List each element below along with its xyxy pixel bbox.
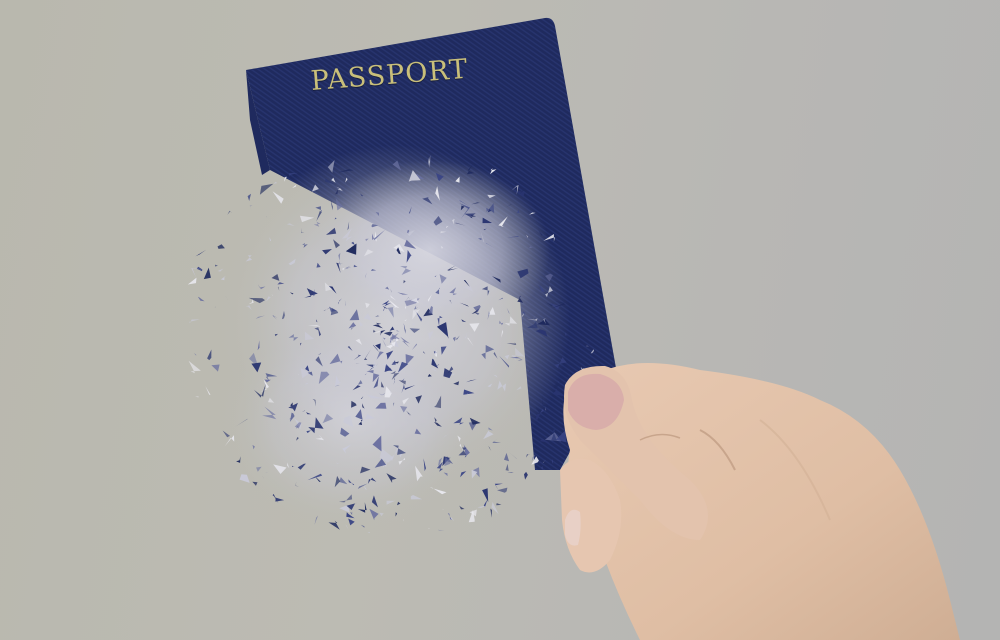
hand	[560, 363, 960, 640]
photo-scene: PASSPORT	[0, 0, 1000, 640]
scene-illustration	[0, 0, 1000, 640]
